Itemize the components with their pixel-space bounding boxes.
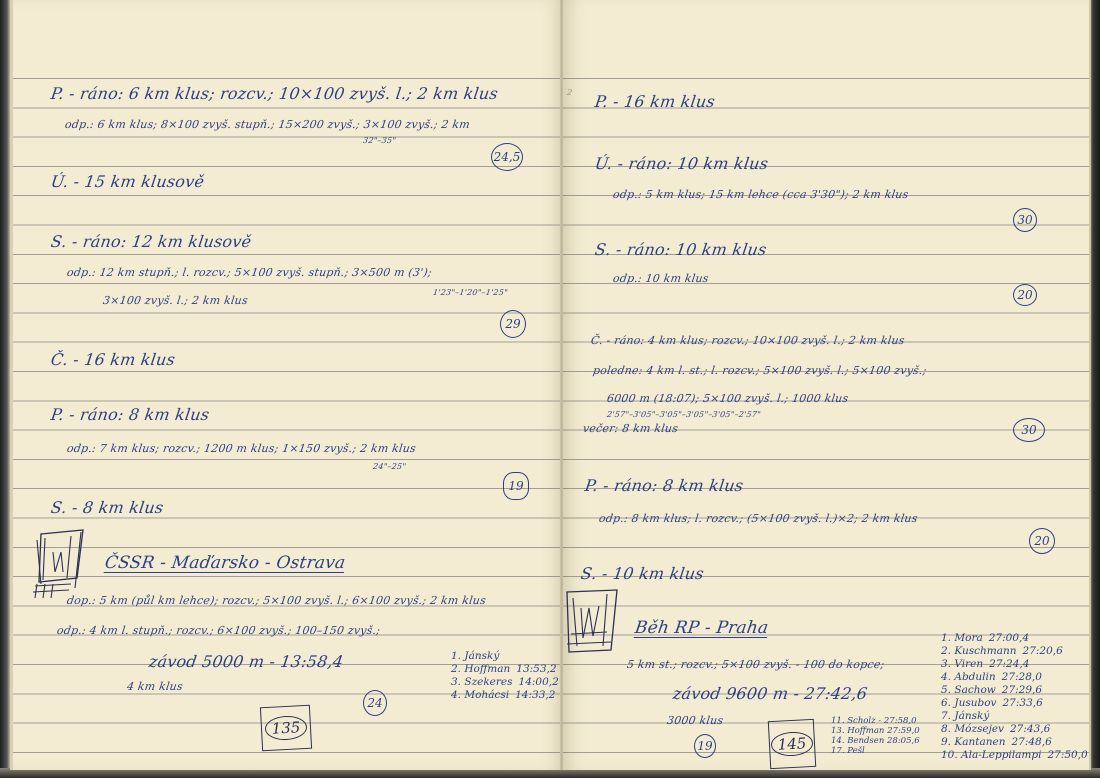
right-entry-1-line-1: P. - 16 km klus <box>594 92 717 111</box>
right-entry-6-line-1: S. - 10 km klus <box>580 564 705 583</box>
right-result-row: 10. Ala-Leppilampi27:50,0 <box>941 749 1088 762</box>
left-race-results: 1. Jánský 2. Hoffman13:53,2 3. Szekeres1… <box>451 650 559 702</box>
left-entry-3-daily-km: 29 <box>500 310 526 338</box>
right-race-results-lower: 11. Scholz - 27:58,0 13. Hoffman 27:59,0… <box>831 716 920 756</box>
right-race-heading: Běh RP - Praha <box>634 618 770 638</box>
right-entry-3-line-1: S. - ráno: 10 km klus <box>594 240 768 259</box>
right-week-total-box: 145 <box>768 719 816 769</box>
right-result-row: 11. Scholz - 27:58,0 <box>831 716 920 726</box>
right-race-result: závod 9600 m - 27:42,6 <box>672 684 869 703</box>
right-result-row: 7. Jánský <box>941 710 1088 723</box>
right-entry-2-line-2: odp.: 5 km klus; 15 km lehce (cca 3'30")… <box>612 188 909 201</box>
right-result-row: 1. Mora27:00,4 <box>941 632 1088 645</box>
right-week-total: 145 <box>770 731 814 757</box>
book-left-edge <box>0 0 10 778</box>
left-race-daily-km: 24 <box>363 690 387 716</box>
week-sketch-icon <box>563 588 623 656</box>
left-entry-1-line-2: odp.: 6 km klus; 8×100 zvyš. stupň.; 15×… <box>64 118 471 131</box>
left-race-result: závod 5000 m - 13:58,4 <box>148 652 345 671</box>
week-sketch-icon <box>31 528 93 600</box>
right-result-row: 2. Kuschmann27:20,6 <box>941 645 1088 658</box>
left-entry-1-line-1: P. - ráno: 6 km klus; rozcv.; 10×100 zvy… <box>50 84 500 103</box>
left-race-line-4: 4 km klus <box>126 680 184 693</box>
right-entry-4-line-4: večer: 8 km klus <box>582 422 679 435</box>
left-entry-3-fraction-bottom: 1'23"–1'20"–1'25" <box>432 288 508 297</box>
right-result-row: 5. Sachow27:29,6 <box>941 684 1088 697</box>
right-entry-4-line-1: Č. - ráno: 4 km klus; rozcv.; 10×100 zvy… <box>590 334 905 347</box>
left-entry-3-line-2: odp.: 12 km stupň.; l. rozcv.; 5×100 zvy… <box>66 266 433 279</box>
right-entry-2-line-1: Ú. - ráno: 10 km klus <box>594 154 770 173</box>
right-entry-4-daily-km: 30 <box>1013 418 1045 442</box>
right-entry-5-line-2: odp.: 8 km klus; l. rozcv.; (5×100 zvyš.… <box>598 512 918 525</box>
notebook-spread: P. - ráno: 6 km klus; rozcv.; 10×100 zvy… <box>0 0 1100 778</box>
left-week-total: 135 <box>264 715 308 741</box>
right-result-row: 14. Bendsen 28:05,6 <box>831 736 920 746</box>
left-entry-5-fraction-bottom: 24"–25" <box>372 462 406 471</box>
right-entry-4-fraction-bottom: 2'57"–3'05"–3'05"–3'05"–3'05"–2'57" <box>606 410 761 419</box>
right-race-results-top: 1. Mora27:00,4 2. Kuschmann27:20,6 3. Vi… <box>941 632 1088 762</box>
left-race-line-1: dop.: 5 km (půl km lehce); rozcv.; 5×100… <box>66 594 487 607</box>
right-entry-4-line-2: poledne: 4 km l. st.; l. rozcv.; 5×100 z… <box>592 364 927 377</box>
left-result-row: 1. Jánský <box>451 650 559 663</box>
right-result-row: 6. Jusubov27:33,6 <box>941 697 1088 710</box>
left-entry-1-fraction-bottom: 32"–35" <box>362 136 396 145</box>
right-entry-4-line-3: 6000 m (18:07); 5×100 zvyš. l.; 1000 klu… <box>606 392 849 405</box>
left-entry-5-daily-km: 19 <box>503 472 529 500</box>
right-entry-3-line-2: odp.: 10 km klus <box>612 272 709 285</box>
left-result-row: 3. Szekeres14:00,2 <box>451 676 559 689</box>
left-race-line-2: odp.: 4 km l. stupň.; rozcv.; 6×100 zvyš… <box>56 624 381 637</box>
right-race-daily-km: 19 <box>694 734 716 758</box>
left-entry-4-line-1: Č. - 16 km klus <box>50 350 177 369</box>
right-race-line-1: 5 km st.; rozcv.; 5×100 zvyš. - 100 do k… <box>626 658 885 671</box>
right-page: 2 P. - 16 km klus Ú. - ráno: 10 km klus … <box>563 0 1091 770</box>
right-result-row: 8. Mózsejev27:43,6 <box>941 723 1088 736</box>
right-result-row: 17. Pešl <box>831 746 920 756</box>
left-entry-3-line-3: 3×100 zvyš. l.; 2 km klus <box>102 294 249 307</box>
right-result-row: 13. Hoffman 27:59,0 <box>831 726 920 736</box>
right-result-row: 3. Viren27:24,4 <box>941 658 1088 671</box>
right-result-row: 4. Abdulin27:28,0 <box>941 671 1088 684</box>
right-entry-5-daily-km: 20 <box>1029 528 1055 554</box>
right-entry-3-daily-km: 20 <box>1013 284 1037 306</box>
right-result-row: 9. Kantanen27:48,6 <box>941 736 1088 749</box>
right-page-mark: 2 <box>566 88 573 97</box>
left-entry-3-line-1: S. - ráno: 12 km klusově <box>50 232 253 251</box>
left-week-total-box: 135 <box>260 705 312 752</box>
left-entry-6-line-1: S. - 8 km klus <box>50 498 165 517</box>
left-race-heading: ČSSR - Maďarsko - Ostrava <box>104 553 347 573</box>
right-entry-2-daily-km: 30 <box>1013 208 1037 232</box>
left-entry-2-line-1: Ú. - 15 km klusově <box>50 172 206 191</box>
left-result-row: 4. Mohácsi14:33,2 <box>451 689 559 702</box>
left-entry-1-daily-km: 24,5 <box>491 143 523 171</box>
right-race-line-3: 3000 klus <box>666 714 724 727</box>
left-page: P. - ráno: 6 km klus; rozcv.; 10×100 zvy… <box>10 0 565 770</box>
left-entry-5-line-2: odp.: 7 km klus; rozcv.; 1200 m klus; 1×… <box>66 442 417 455</box>
left-entry-5-line-1: P. - ráno: 8 km klus <box>50 405 211 424</box>
right-entry-5-line-1: P. - ráno: 8 km klus <box>584 476 745 495</box>
left-result-row: 2. Hoffman13:53,2 <box>451 663 559 676</box>
